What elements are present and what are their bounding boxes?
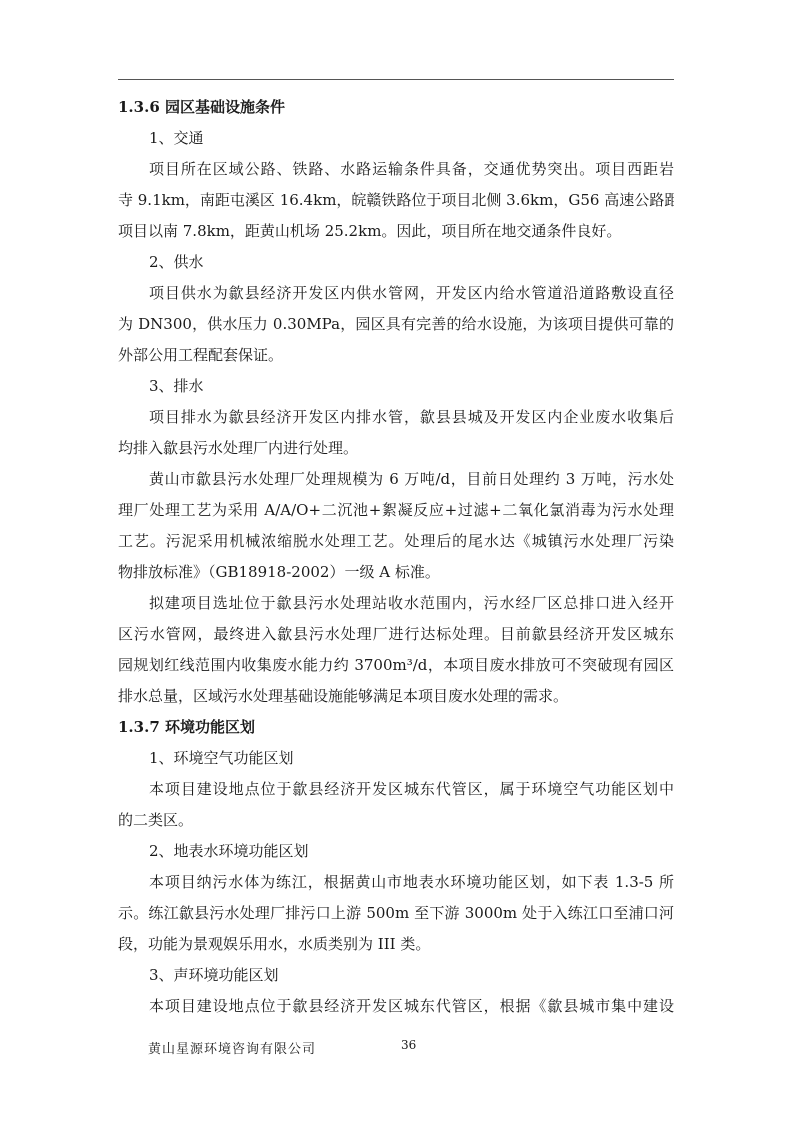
footer-company: 黄山星源环境咨询有限公司 [148, 1042, 316, 1057]
paragraph-line: 本项目纳污水体为练江，根据黄山市地表水环境功能区划，如下表 1.3-5 所 [118, 867, 674, 898]
paragraph-line: 工艺。污泥采用机械浓缩脱水处理工艺。处理后的尾水达《城镇污水处理厂污染 [118, 526, 674, 557]
paragraph-line: 区污水管网，最终进入歙县污水处理厂进行达标处理。目前歙县经济开发区城东 [118, 619, 674, 650]
paragraph-line: 项目供水为歙县经济开发区内供水管网，开发区内给水管道沿道路敷设直径 [118, 278, 674, 309]
subsection-title-drainage: 3、排水 [118, 371, 674, 402]
paragraph-line: 项目排水为歙县经济开发区内排水管，歙县县城及开发区内企业废水收集后 [118, 402, 674, 433]
subsection-title-transport: 1、交通 [118, 123, 674, 154]
paragraph-line: 黄山市歙县污水处理厂处理规模为 6 万吨/d，目前日处理约 3 万吨，污水处 [118, 464, 674, 495]
paragraph-line: 外部公用工程配套保证。 [118, 340, 674, 371]
subsection-title-water-supply: 2、供水 [118, 247, 674, 278]
paragraph-line: 项目所在区域公路、铁路、水路运输条件具备，交通优势突出。项目西距岩 [118, 154, 674, 185]
paragraph-line: 本项目建设地点位于歙县经济开发区城东代管区，属于环境空气功能区划中 [118, 774, 674, 805]
paragraph-line: 项目以南 7.8km，距黄山机场 25.2km。因此，项目所在地交通条件良好。 [118, 216, 674, 247]
paragraph-line: 均排入歙县污水处理厂内进行处理。 [118, 433, 674, 464]
subsection-title-noise-zoning: 3、声环境功能区划 [118, 960, 674, 991]
page-footer: 黄山星源环境咨询有限公司 36 [148, 1038, 316, 1057]
paragraph-line: 为 DN300，供水压力 0.30MPa，园区具有完善的给水设施，为该项目提供可… [118, 309, 674, 340]
paragraph-line: 寺 9.1km，南距屯溪区 16.4km，皖赣铁路位于项目北侧 3.6km，G5… [118, 185, 674, 216]
paragraph-line: 物排放标准》（GB18918-2002）一级 A 标准。 [118, 557, 674, 588]
section-heading-1-3-7: 1.3.7 环境功能区划 [118, 712, 674, 743]
paragraph-line: 排水总量，区域污水处理基础设施能够满足本项目废水处理的需求。 [118, 681, 674, 712]
paragraph-line: 段，功能为景观娱乐用水，水质类别为 III 类。 [118, 929, 674, 960]
paragraph-line: 理厂处理工艺为采用 A/A/O+二沉池+絮凝反应+过滤+二氧化氯消毒为污水处理 [118, 495, 674, 526]
subsection-title-surface-water-zoning: 2、地表水环境功能区划 [118, 836, 674, 867]
paragraph-line: 示。练江歙县污水处理厂排污口上游 500m 至下游 3000m 处于入练江口至浦… [118, 898, 674, 929]
subsection-title-air-zoning: 1、环境空气功能区划 [118, 743, 674, 774]
paragraph-line: 本项目建设地点位于歙县经济开发区城东代管区，根据《歙县城市集中建设 [118, 991, 674, 1022]
paragraph-line: 园规划红线范围内收集废水能力约 3700m³/d，本项目废水排放可不突破现有园区 [118, 650, 674, 681]
page-number: 36 [401, 1038, 416, 1052]
document-body: 1.3.6 园区基础设施条件 1、交通 项目所在区域公路、铁路、水路运输条件具备… [118, 92, 674, 1022]
paragraph-line: 拟建项目选址位于歙县污水处理站收水范围内，污水经厂区总排口进入经开 [118, 588, 674, 619]
section-heading-1-3-6: 1.3.6 园区基础设施条件 [118, 92, 674, 123]
paragraph-line: 的二类区。 [118, 805, 674, 836]
header-rule [118, 79, 674, 80]
